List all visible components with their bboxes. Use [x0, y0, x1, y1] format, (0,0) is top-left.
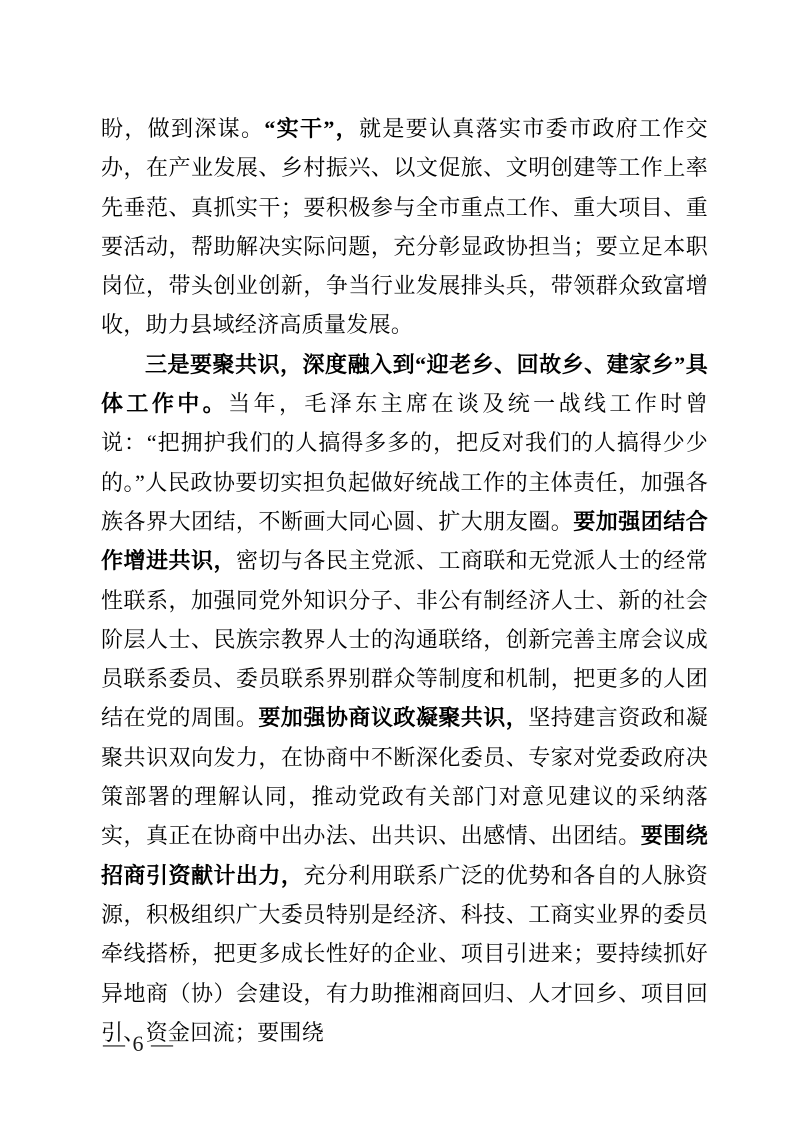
text-run: 就是要认真落实市委市政府工作交办，在产业发展、乡村振兴、以文促旅、文明创建等工作… [101, 116, 708, 337]
text-run: 密切与各民主党派、工商联和无党派人士的经常性联系，加强同党外知识分子、非公有制经… [101, 548, 708, 730]
emphasis-text-run: 要加强协商议政凝聚共识， [258, 705, 528, 730]
page-number: — 6 — [103, 1031, 174, 1057]
paragraph: 盼，做到深谋。“实干”，就是要认真落实市委市政府工作交办，在产业发展、乡村振兴、… [101, 109, 708, 345]
document-page: 盼，做到深谋。“实干”，就是要认真落实市委市政府工作交办，在产业发展、乡村振兴、… [0, 0, 793, 1122]
emphasis-text-run: “实干”， [264, 116, 359, 141]
text-run: 充分利用联系广泛的优势和各自的人脉资源，积极组织广大委员特别是经济、科技、工商实… [101, 863, 708, 1045]
paragraph: 三是要聚共识，深度融入到“迎老乡、回故乡、建家乡”具体工作中。当年，毛泽东主席在… [101, 345, 708, 1052]
text-run: 盼，做到深谋。 [101, 116, 264, 141]
document-body: 盼，做到深谋。“实干”，就是要认真落实市委市政府工作交办，在产业发展、乡村振兴、… [101, 109, 708, 1052]
